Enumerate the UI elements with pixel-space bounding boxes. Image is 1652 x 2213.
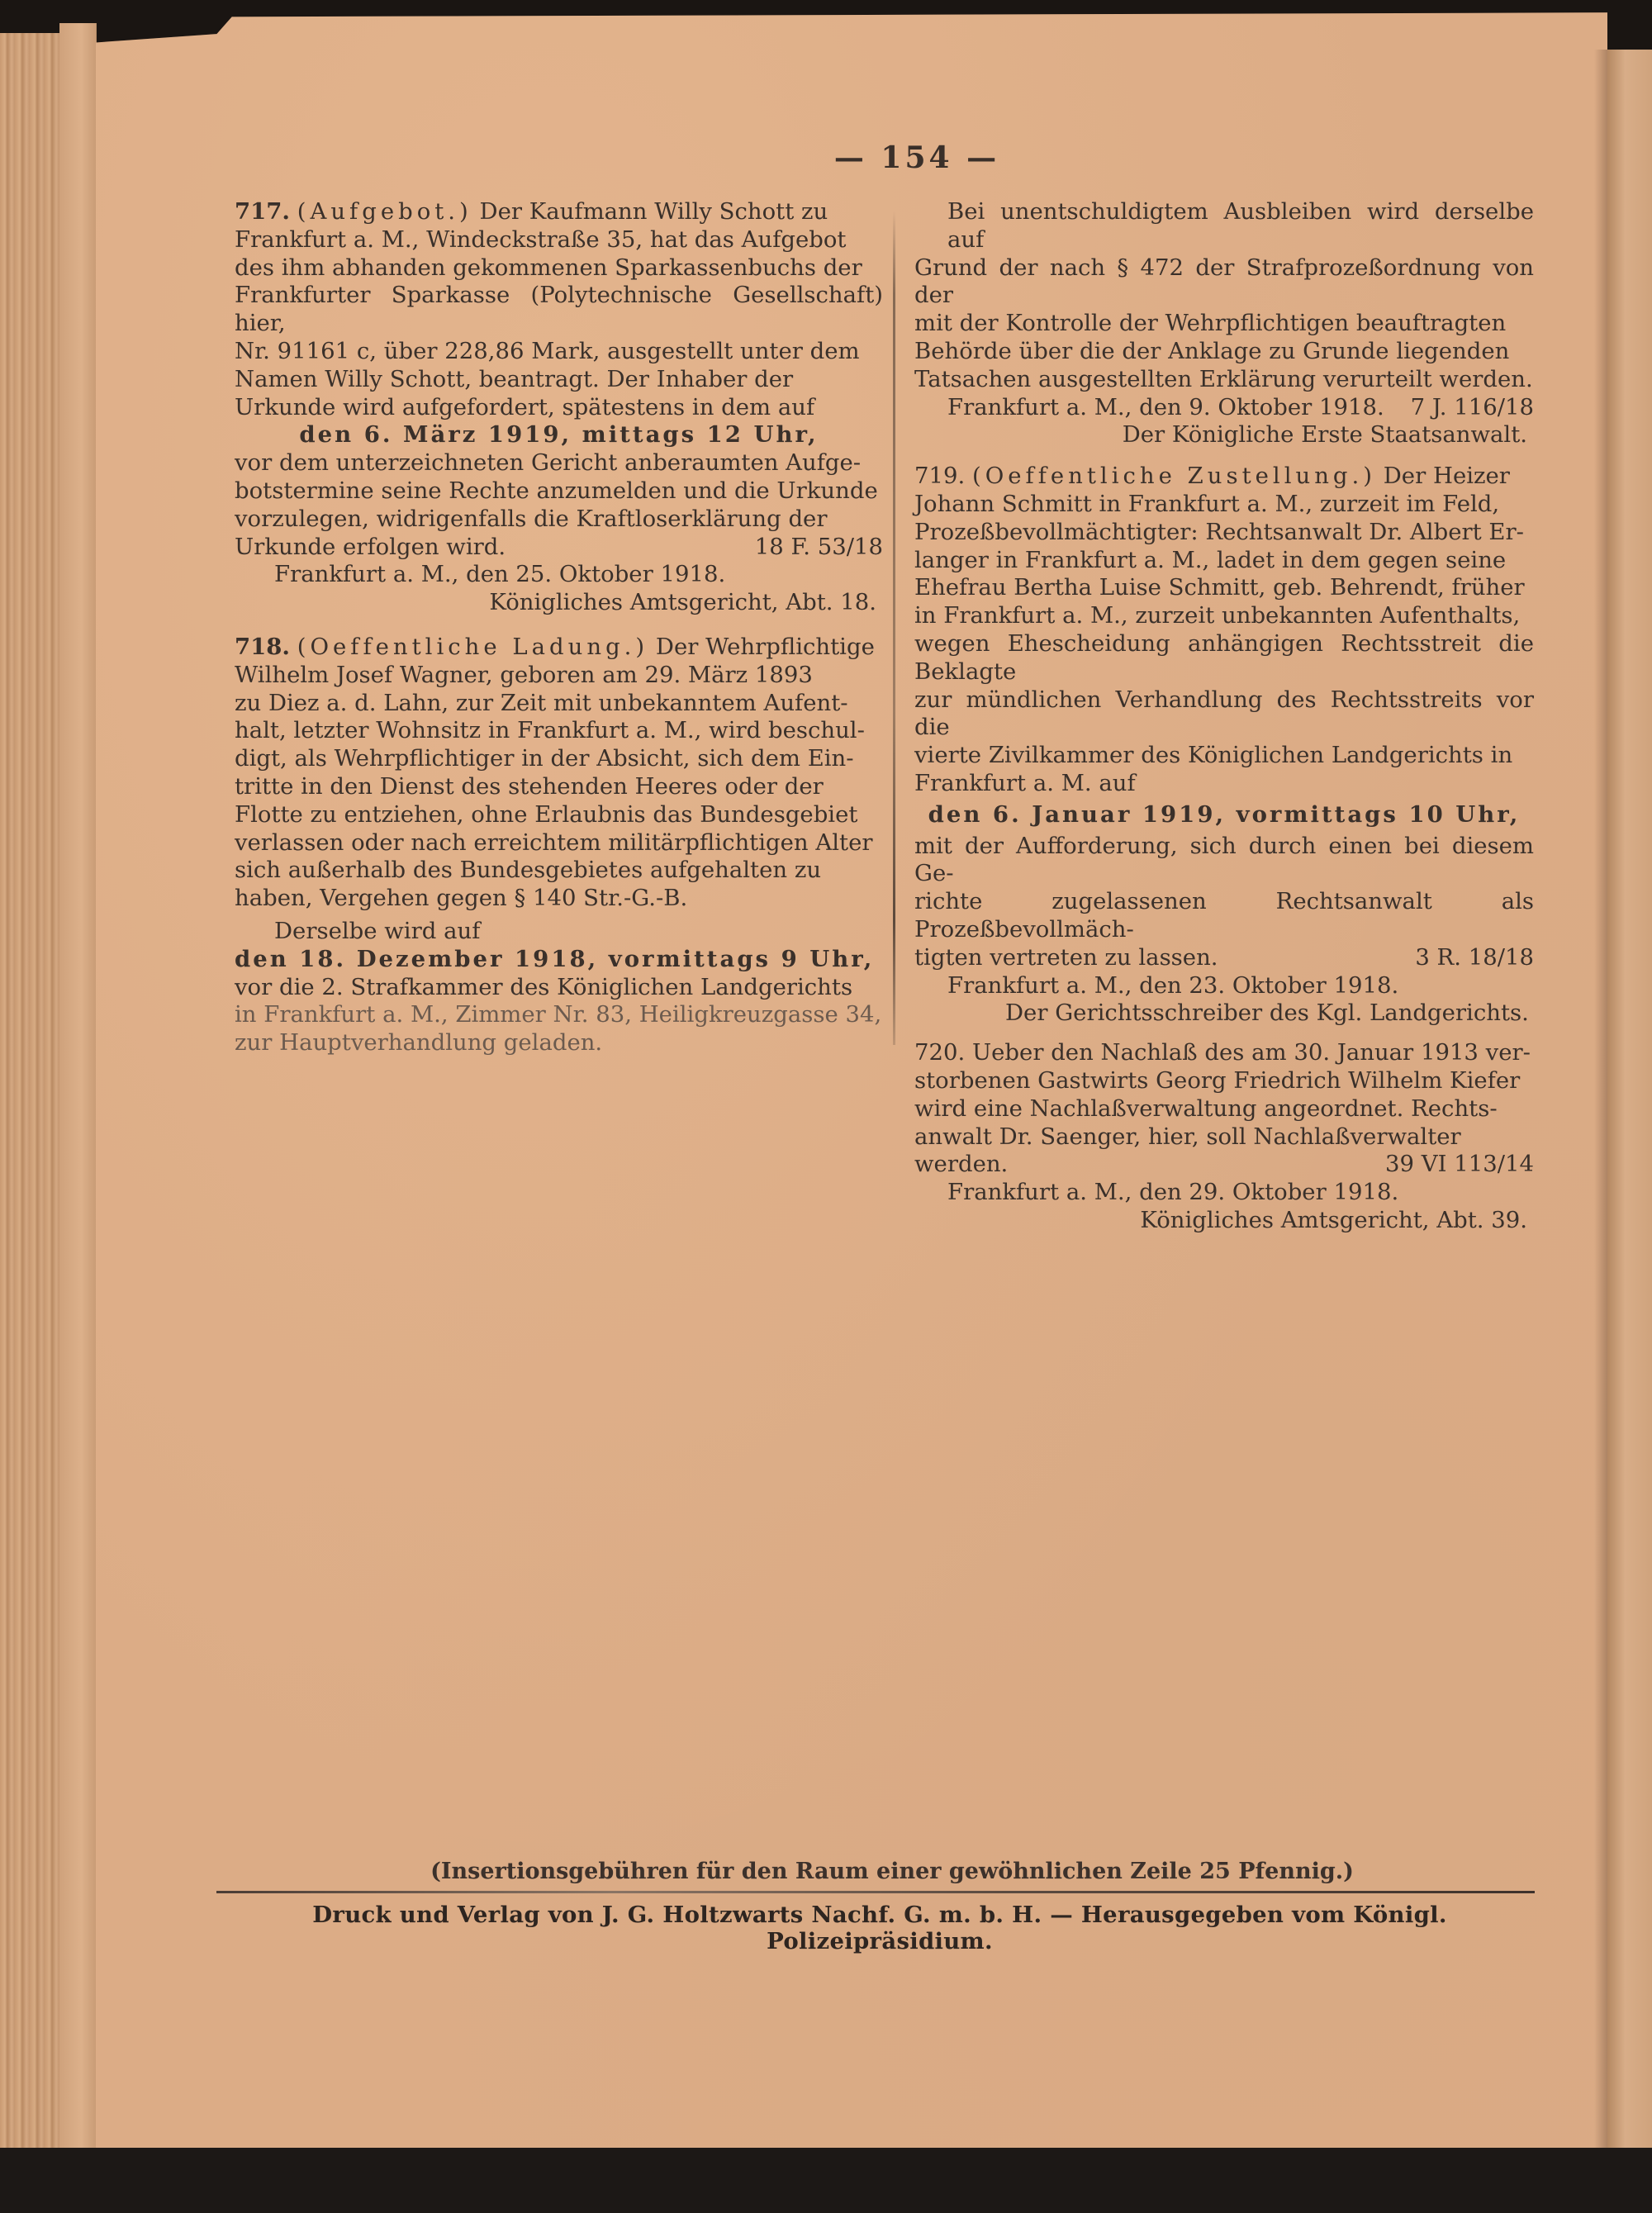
- notice-heading: (Oeffentliche Zustellung.): [972, 463, 1376, 489]
- text-line: Urkunde wird aufgefordert, spätestens in…: [235, 394, 883, 422]
- notice-number: 718.: [235, 634, 290, 660]
- notice-heading: (Oeffentliche Ladung.): [297, 634, 648, 660]
- text-line: mit der Kontrolle der Wehrpflichtigen be…: [914, 310, 1534, 338]
- text-line: Frankfurt a. M. auf: [914, 770, 1534, 798]
- place-date: Frankfurt a. M., den 25. Oktober 1918.: [235, 561, 883, 589]
- notice-number: 720.: [914, 1039, 965, 1066]
- text-line: Urkunde erfolgen wird.: [235, 534, 506, 562]
- notice-717-first-line: 717. (Aufgebot.) Der Kaufmann Willy Scho…: [235, 198, 883, 226]
- text-line: vierte Zivilkammer des Königlichen Landg…: [914, 742, 1534, 770]
- text-line: Frankfurter Sparkasse (Polytechnische Ge…: [235, 282, 883, 338]
- signature: Der Gerichtsschreiber des Kgl. Landgeric…: [914, 1000, 1534, 1028]
- text-line: des ihm abhanden gekommenen Sparkassenbu…: [235, 254, 883, 283]
- case-reference: 39 VI 113/14: [1385, 1151, 1534, 1179]
- place-date: Frankfurt a. M., den 29. Oktober 1918.: [914, 1179, 1534, 1207]
- text-line: Der Wehrpflichtige: [656, 634, 875, 660]
- book-page-edges: [0, 33, 59, 2148]
- text-line: Nr. 91161 c, über 228,86 Mark, ausgestel…: [235, 338, 883, 366]
- reference-line: werden. 39 VI 113/14: [914, 1151, 1534, 1179]
- notice-717: 717. (Aufgebot.) Der Kaufmann Willy Scho…: [235, 198, 883, 617]
- hearing-date: den 6. Januar 1919, vormittags 10 Uhr,: [914, 801, 1534, 829]
- place-date: Frankfurt a. M., den 9. Oktober 1918.: [947, 394, 1384, 422]
- text-line: Behörde über die der Anklage zu Grunde l…: [914, 338, 1534, 366]
- text-line: Namen Willy Schott, beantragt. Der Inhab…: [235, 366, 883, 394]
- text-line: mit der Aufforderung, sich durch einen b…: [914, 833, 1534, 889]
- text-line: Johann Schmitt in Frankfurt a. M., zurze…: [914, 491, 1534, 519]
- notice-number: 719.: [914, 463, 965, 489]
- left-column: 717. (Aufgebot.) Der Kaufmann Willy Scho…: [235, 198, 883, 1066]
- insertion-fee-note: (Insertionsgebühren für den Raum einer g…: [215, 1859, 1569, 1884]
- case-reference: 7 J. 116/18: [1411, 394, 1534, 422]
- place-date: Frankfurt a. M., den 23. Oktober 1918.: [914, 972, 1534, 1000]
- text-line: Grund der nach § 472 der Strafprozeßordn…: [914, 254, 1534, 311]
- text-line: zur Hauptverhandlung geladen.: [235, 1029, 883, 1057]
- text-line: verlassen oder nach erreichtem militärpf…: [235, 829, 883, 857]
- next-page-edge: [1607, 50, 1652, 2148]
- notice-720: 720. Ueber den Nachlaß des am 30. Januar…: [914, 1039, 1534, 1235]
- text-line: botstermine seine Rechte anzumelden und …: [235, 477, 883, 506]
- text-line: Prozeßbevollmächtigter: Rechtsanwalt Dr.…: [914, 519, 1534, 547]
- notice-718: 718. (Oeffentliche Ladung.) Der Wehrpfli…: [235, 634, 883, 1057]
- text-line: Ueber den Nachlaß des am 30. Januar 1913…: [972, 1039, 1531, 1066]
- text-line: Wilhelm Josef Wagner, geboren am 29. Mär…: [235, 662, 883, 690]
- notice-718-first-line: 718. (Oeffentliche Ladung.) Der Wehrpfli…: [235, 634, 883, 662]
- place-date-reference-line: Frankfurt a. M., den 9. Oktober 1918. 7 …: [914, 394, 1534, 422]
- case-reference: 3 R. 18/18: [1415, 944, 1534, 972]
- text-line: richte zugelassenen Rechtsanwalt als Pro…: [914, 888, 1534, 944]
- text-line: Der Heizer: [1384, 463, 1510, 489]
- notice-heading: (Aufgebot.): [297, 198, 472, 225]
- text-line: Flotte zu entziehen, ohne Erlaubnis das …: [235, 801, 883, 829]
- signature: Der Königliche Erste Staatsanwalt.: [914, 421, 1534, 449]
- page-fold-shadow: [1594, 50, 1607, 2148]
- right-column: Bei unentschuldigtem Ausbleiben wird der…: [914, 198, 1534, 1243]
- text-line: halt, letzter Wohnsitz in Frankfurt a. M…: [235, 717, 883, 745]
- text-line: zur mündlichen Verhandlung des Rechtsstr…: [914, 686, 1534, 743]
- reference-line: tigten vertreten zu lassen. 3 R. 18/18: [914, 944, 1534, 972]
- book-page-edges-inner: [59, 23, 97, 2148]
- signature: Königliches Amtsgericht, Abt. 39.: [914, 1207, 1534, 1235]
- notice-number: 717.: [235, 198, 290, 225]
- signature: Königliches Amtsgericht, Abt. 18.: [235, 589, 883, 617]
- text-line: tritte in den Dienst des stehenden Heere…: [235, 773, 883, 801]
- text-line: werden.: [914, 1151, 1008, 1179]
- text-line: langer in Frankfurt a. M., ladet in dem …: [914, 547, 1534, 575]
- text-line: Frankfurt a. M., Windeckstraße 35, hat d…: [235, 226, 883, 254]
- text-line: Der Kaufmann Willy Schott zu: [480, 198, 828, 225]
- text-line: vor dem unterzeichneten Gericht anberaum…: [235, 449, 883, 477]
- text-line: digt, als Wehrpflichtiger in der Absicht…: [235, 745, 883, 773]
- reference-line: Urkunde erfolgen wird. 18 F. 53/18: [235, 534, 883, 562]
- text-line: anwalt Dr. Saenger, hier, soll Nachlaßve…: [914, 1123, 1534, 1152]
- text-line: Ehefrau Bertha Luise Schmitt, geb. Behre…: [914, 574, 1534, 602]
- case-reference: 18 F. 53/18: [755, 534, 883, 562]
- notice-719-first-line: 719. (Oeffentliche Zustellung.) Der Heiz…: [914, 463, 1534, 491]
- text-line: in Frankfurt a. M., zurzeit unbekannten …: [914, 602, 1534, 630]
- column-divider: [893, 211, 895, 1045]
- text-line: haben, Vergehen gegen § 140 Str.-G.-B.: [235, 885, 883, 913]
- text-line: sich außerhalb des Bundesgebietes aufgeh…: [235, 857, 883, 885]
- publisher-imprint: Druck und Verlag von J. G. Holtzwarts Na…: [215, 1902, 1545, 1954]
- notice-719: 719. (Oeffentliche Zustellung.) Der Heiz…: [914, 463, 1534, 1028]
- footer-divider: [216, 1891, 1535, 1893]
- text-line: wegen Ehescheidung anhängigen Rechtsstre…: [914, 630, 1534, 686]
- page-number: — 154 —: [826, 140, 1008, 175]
- text-line: tigten vertreten zu lassen.: [914, 944, 1218, 972]
- text-line: vor die 2. Strafkammer des Königlichen L…: [235, 974, 883, 1002]
- hearing-date: den 6. März 1919, mittags 12 Uhr,: [235, 421, 883, 449]
- text-line: wird eine Nachlaßverwaltung angeordnet. …: [914, 1095, 1534, 1123]
- text-line: storbenen Gastwirts Georg Friedrich Wilh…: [914, 1067, 1534, 1095]
- text-line: zu Diez a. d. Lahn, zur Zeit mit unbekan…: [235, 690, 883, 718]
- text-line: Tatsachen ausgestellten Erklärung verurt…: [914, 366, 1534, 394]
- scan-background-bottom: [0, 2148, 1652, 2213]
- hearing-date: den 18. Dezember 1918, vormittags 9 Uhr,: [235, 946, 883, 974]
- text-line: Derselbe wird auf: [235, 918, 883, 946]
- text-line: vorzulegen, widrigenfalls die Kraftloser…: [235, 506, 883, 534]
- notice-720-first-line: 720. Ueber den Nachlaß des am 30. Januar…: [914, 1039, 1534, 1067]
- text-line: in Frankfurt a. M., Zimmer Nr. 83, Heili…: [235, 1001, 883, 1029]
- text-line: Bei unentschuldigtem Ausbleiben wird der…: [914, 198, 1534, 254]
- notice-718-continued: Bei unentschuldigtem Ausbleiben wird der…: [914, 198, 1534, 449]
